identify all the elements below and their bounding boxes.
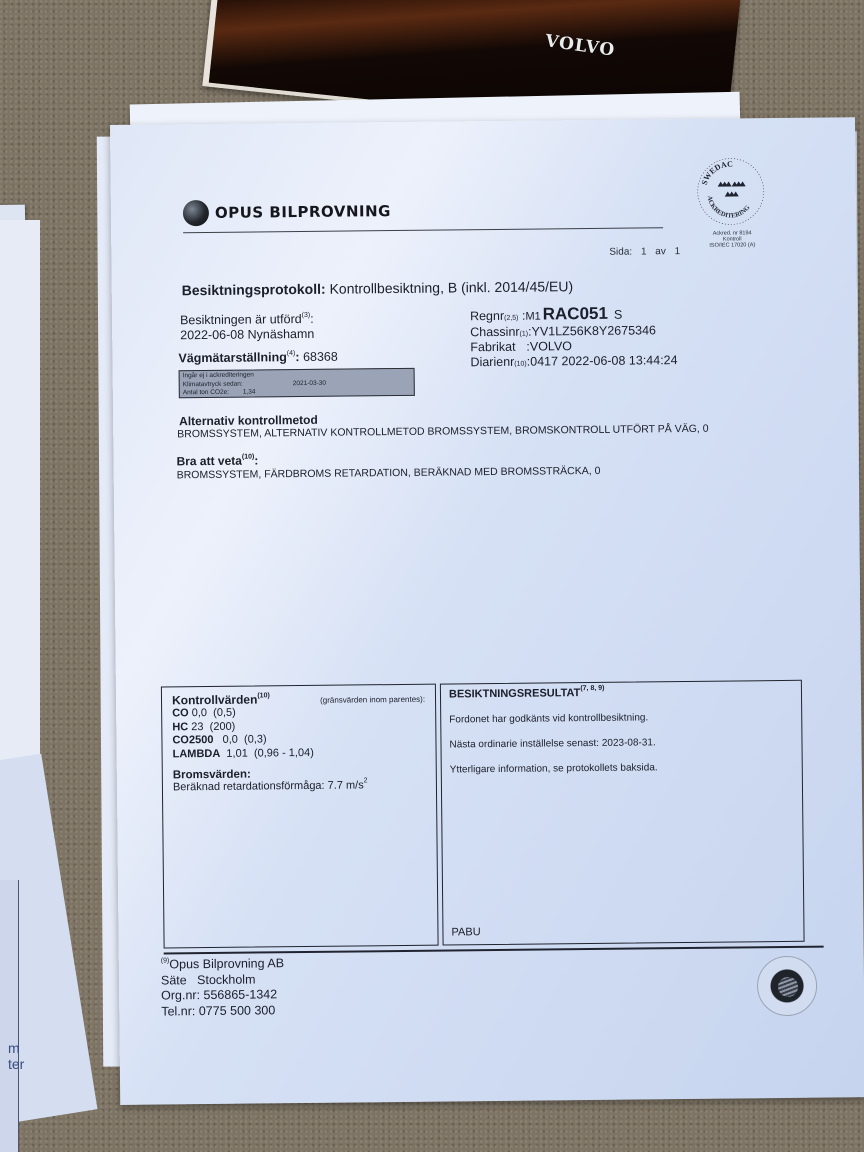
inspection-info: Besiktningen är utförd(3): 2022-06-08 Ny… <box>180 312 314 343</box>
protocol-title: Besiktningsprotokoll: Kontrollbesiktning… <box>182 278 574 298</box>
climate-compensation-badge-icon <box>757 956 818 1017</box>
vehicle-info: Regnr(2,5) :M1 RAC051 S Chassinr(1):YV1L… <box>470 305 678 370</box>
climate-footprint-box: Ingår ej i ackrediteringen Klimatavtryck… <box>179 368 415 398</box>
odometer-reading: Vägmätarställning(4): 68368 <box>178 350 337 366</box>
logo-text: OPUS BILPROVNING <box>215 202 391 222</box>
background-paper <box>0 880 19 1152</box>
good-to-know-heading: Bra att veta(10): <box>176 453 258 468</box>
chassis-row: Chassinr(1):YV1LZ56K8Y2675346 <box>470 323 677 340</box>
globe-icon <box>183 200 209 226</box>
page-indicator: Sida: 1 av 1 <box>609 246 680 258</box>
svg-text:ACKREDITERING: ACKREDITERING <box>706 195 752 220</box>
inspection-result-box: BESIKTNINGSRESULTAT(7, 8, 9) Fordonet ha… <box>440 680 805 946</box>
result-line: Nästa ordinarie inställelse senast: 2023… <box>449 736 793 751</box>
control-values-box: Kontrollvärden(10) (gränsvärden inom par… <box>161 684 439 949</box>
accreditation-text: Ackred. nr 8194 Kontroll ISO/IEC 17020 (… <box>689 230 775 249</box>
registration-number: RAC051 <box>543 306 608 322</box>
brake-value: Beräknad retardationsförmåga: 7.7 m/s2 <box>173 779 426 795</box>
result-line: Fordonet har godkänts vid kontrollbesikt… <box>449 711 793 726</box>
inspector-signature: PABU <box>451 926 480 938</box>
opus-logo: OPUS BILPROVNING <box>183 198 391 226</box>
company-footer: (9)Opus Bilprovning AB Säte Stockholm Or… <box>161 956 285 1019</box>
header-divider <box>183 227 663 233</box>
background-paper-text: m ter <box>8 1040 24 1072</box>
control-value-row: LAMBDA 1,01 (0,96 - 1,04) <box>173 745 426 761</box>
result-line: Ytterligare information, se protokollets… <box>450 761 794 776</box>
swedac-seal-icon: SWEDAC ACKREDITERING <box>695 156 766 227</box>
inspection-protocol-document: OPUS BILPROVNING SWEDAC ACKREDITERING Ac… <box>110 117 864 1105</box>
regnr-row: Regnr(2,5) :M1 RAC051 S <box>470 305 677 325</box>
diary-row: Diarienr(10):0417 2022-06-08 13:44:24 <box>470 353 677 370</box>
alternative-method-heading: Alternativ kontrollmetod <box>179 413 318 428</box>
inspection-date-place: 2022-06-08 Nynäshamn <box>180 327 314 343</box>
background-paper <box>0 220 40 780</box>
